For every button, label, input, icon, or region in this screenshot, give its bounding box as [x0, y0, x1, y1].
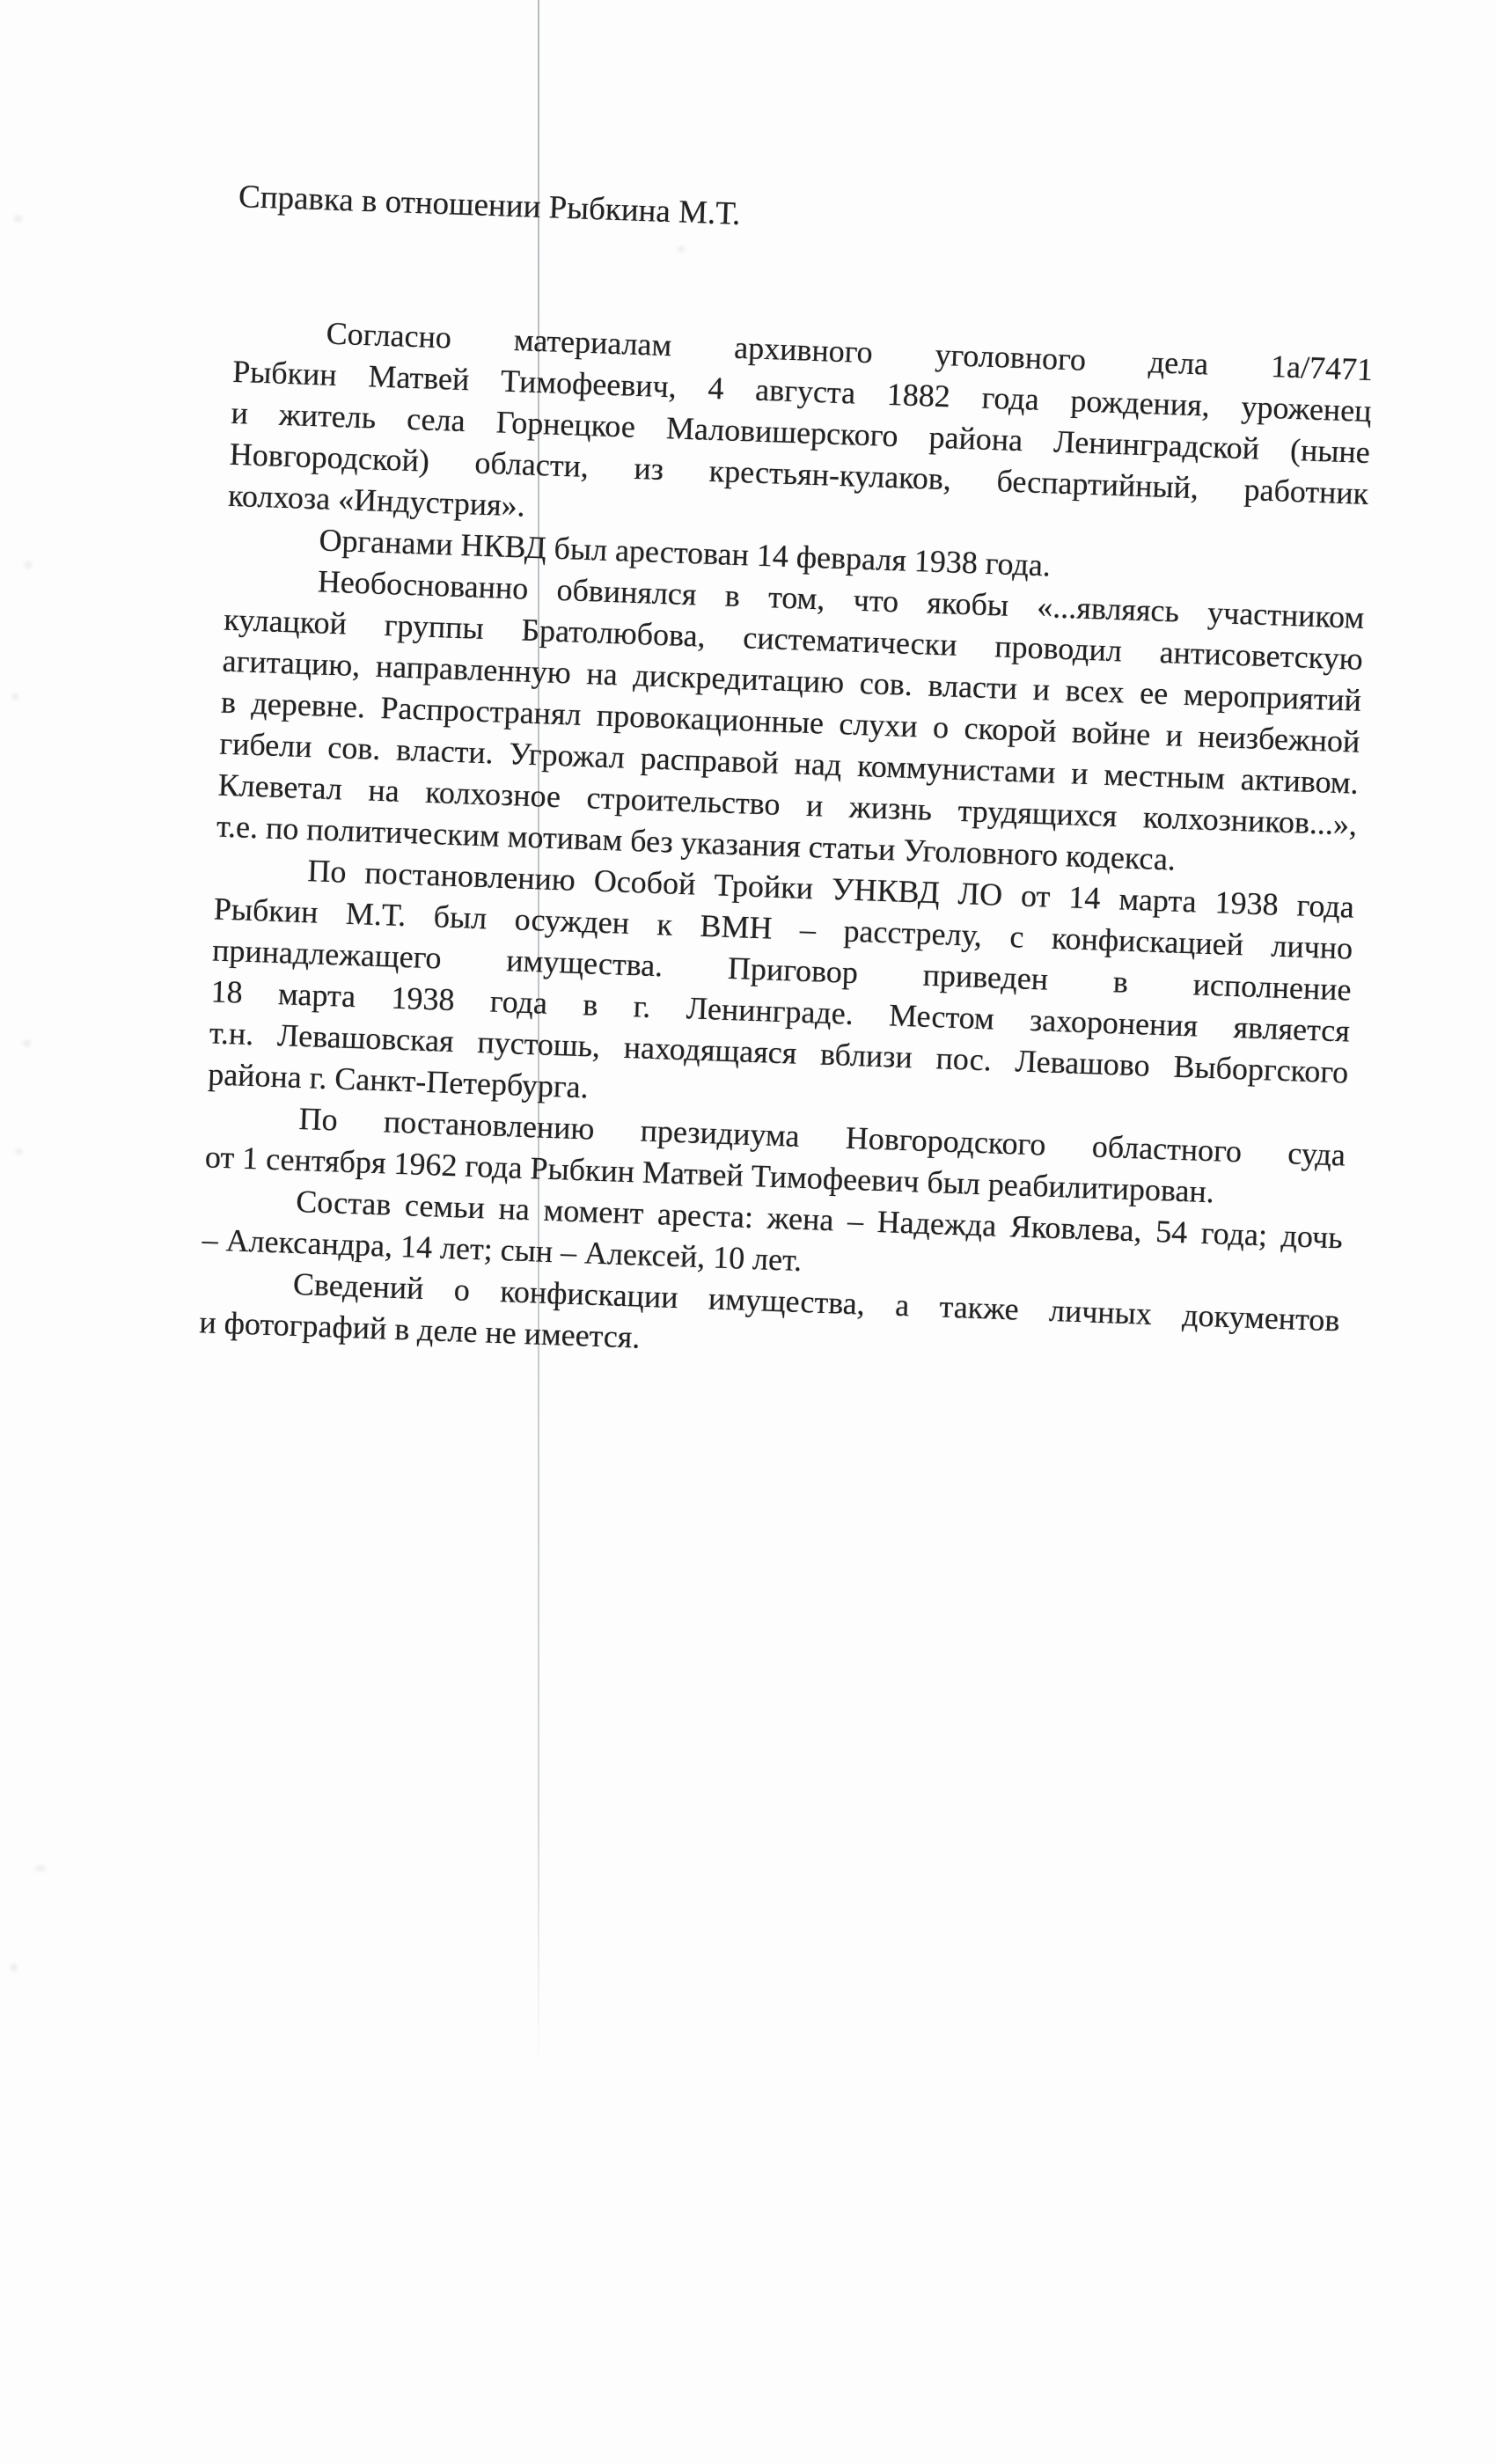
paragraph-3: Необоснованно обвинялся в том, что якобы… [216, 558, 1365, 887]
scan-speck [35, 1866, 46, 1871]
paragraph-4: По постановлению Особой Тройки УНКВД ЛО … [208, 847, 1355, 1135]
document-title: Справка в отношении Рыбкина М.Т. [238, 176, 1378, 257]
paragraph-1: Согласно материалам архивного уголовного… [227, 310, 1373, 556]
document-body: Справка в отношении Рыбкина М.Т. Согласн… [199, 176, 1379, 1382]
scan-speck [23, 1040, 31, 1046]
scan-speck [12, 693, 18, 700]
scan-speck [14, 216, 22, 222]
scan-speck [16, 1148, 22, 1155]
scan-speck [11, 1964, 18, 1971]
scan-speck [25, 561, 32, 568]
scanned-document-page: Справка в отношении Рыбкина М.Т. Согласн… [0, 0, 1496, 2464]
